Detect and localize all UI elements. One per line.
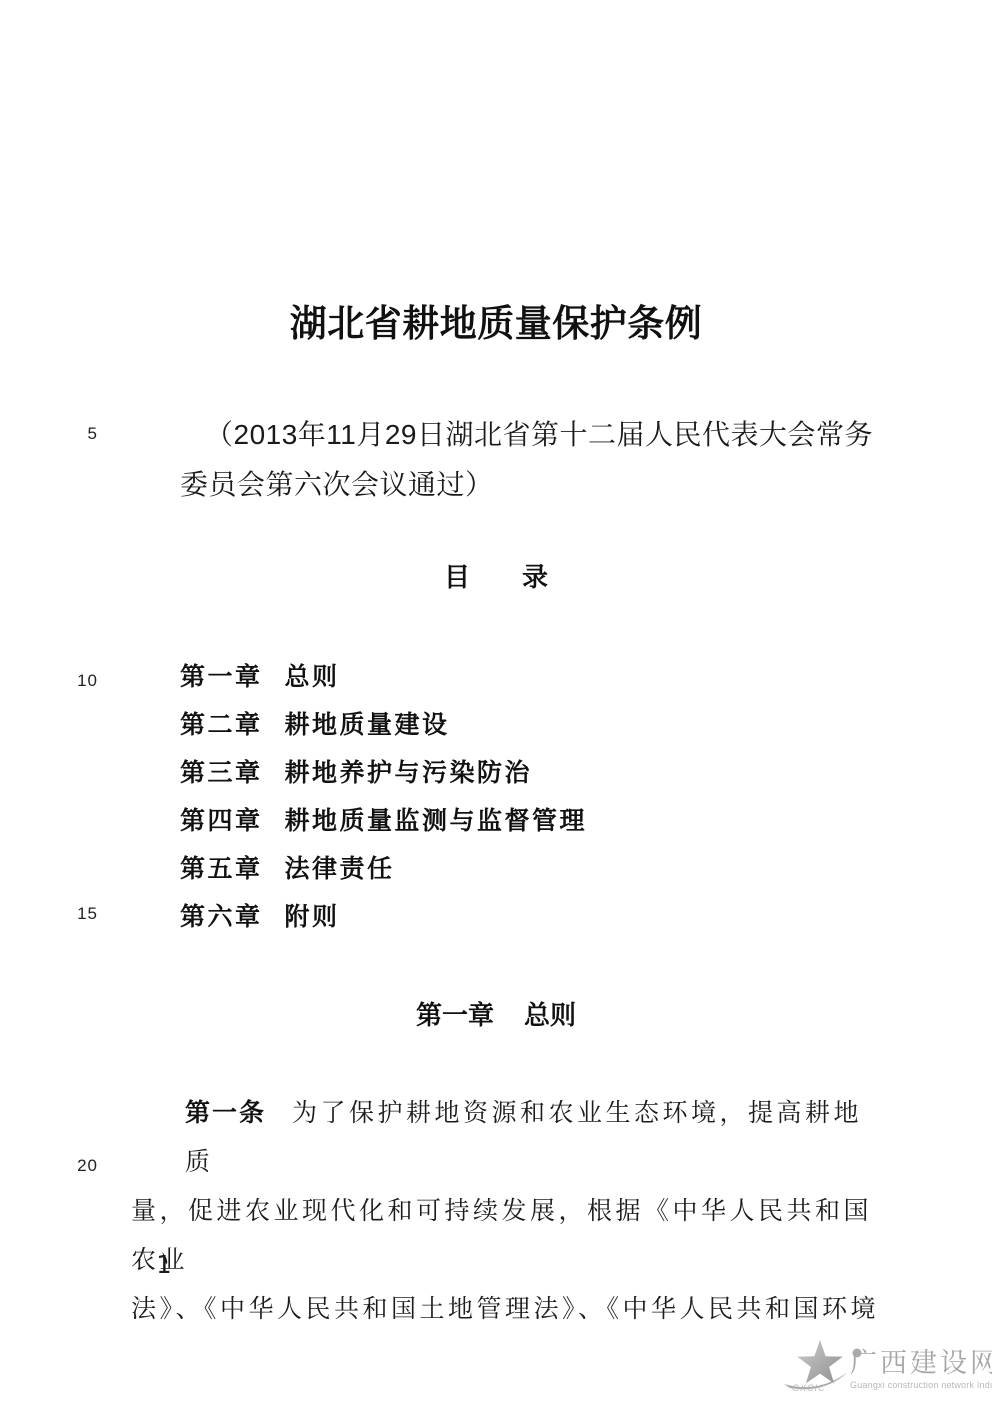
margin-line-number: 15 <box>58 905 98 922</box>
toc-chapter-label: 第二章 <box>180 701 263 749</box>
margin-line-number: 5 <box>58 425 98 442</box>
toc-entry: 第五章 法律责任 <box>180 845 587 893</box>
watermark: GXCIC 广西建设网 Guangxi construction network… <box>778 1336 990 1400</box>
toc-chapter-title: 耕地质量监测与监督管理 <box>285 797 588 845</box>
margin-line-number: 20 <box>58 1157 98 1174</box>
toc-chapter-label: 第四章 <box>180 797 263 845</box>
enactment-note-line: 委员会第六次会议通过） <box>180 460 880 510</box>
toc-entry: 第三章 耕地养护与污染防治 <box>180 749 587 797</box>
article-text-line: 法》、《中华人民共和国土地管理法》、《中华人民共和国环境 <box>131 1285 887 1334</box>
article-text-line: 为了保护耕地资源和农业生态环境，提高耕地质 <box>185 1100 862 1176</box>
watermark-site-name: 广西建设网 <box>850 1349 992 1377</box>
toc-heading: 目 录 <box>0 561 992 593</box>
toc-chapter-label: 第一章 <box>180 653 263 701</box>
watermark-logo-abbr: GXCIC <box>792 1383 826 1393</box>
document-page: 湖北省耕地质量保护条例 5 10 15 20 （2013年11月29日湖北省第十… <box>0 0 992 1403</box>
article-body: 第一条为了保护耕地资源和农业生态环境，提高耕地质 量，促进农业现代化和可持续发展… <box>131 1089 887 1334</box>
chapter-heading-label: 第一章 <box>416 1000 494 1030</box>
toc-chapter-title: 附则 <box>285 893 340 941</box>
page-number: 1 <box>156 1252 171 1277</box>
enactment-note: （2013年11月29日湖北省第十二届人民代表大会常务 委员会第六次会议通过） <box>180 410 880 510</box>
toc-entry: 第四章 耕地质量监测与监督管理 <box>180 797 587 845</box>
toc-chapter-title: 耕地养护与污染防治 <box>285 749 533 797</box>
watermark-tagline: Guangxi construction network Industry Ed… <box>850 1380 992 1390</box>
toc-entry: 第一章 总则 <box>180 653 587 701</box>
toc-entry: 第六章 附则 <box>180 893 587 941</box>
watermark-text: 广西建设网 Guangxi construction network Indus… <box>850 1349 992 1390</box>
chapter-heading-title: 总则 <box>524 1000 576 1030</box>
article-text-line: 量，促进农业现代化和可持续发展，根据《中华人民共和国农业 <box>131 1187 887 1285</box>
margin-line-number: 10 <box>58 672 98 689</box>
document-title: 湖北省耕地质量保护条例 <box>0 293 992 347</box>
toc-chapter-label: 第三章 <box>180 749 263 797</box>
toc-chapter-label: 第五章 <box>180 845 263 893</box>
chapter-heading: 第一章总则 <box>0 999 992 1031</box>
table-of-contents: 第一章 总则 第二章 耕地质量建设 第三章 耕地养护与污染防治 第四章 耕地质量… <box>180 653 587 941</box>
toc-chapter-label: 第六章 <box>180 893 263 941</box>
toc-entry: 第二章 耕地质量建设 <box>180 701 587 749</box>
toc-chapter-title: 耕地质量建设 <box>285 701 450 749</box>
article-number-label: 第一条 <box>185 1099 266 1127</box>
article-first-line: 第一条为了保护耕地资源和农业生态环境，提高耕地质 <box>131 1089 887 1187</box>
toc-chapter-title: 法律责任 <box>285 845 395 893</box>
toc-chapter-title: 总则 <box>285 653 340 701</box>
enactment-note-line: （2013年11月29日湖北省第十二届人民代表大会常务 <box>180 410 880 460</box>
